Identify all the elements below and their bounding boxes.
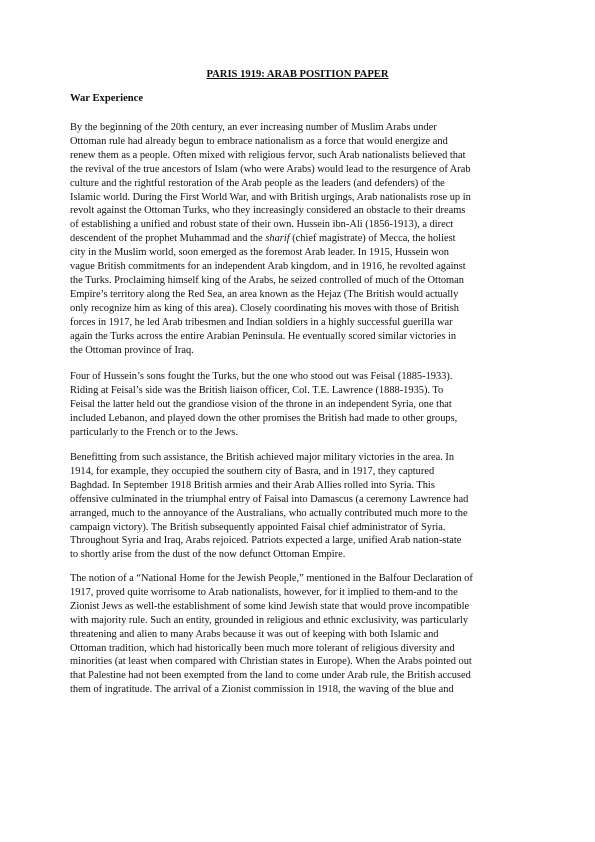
text-line: descendent of the prophet Muhammad and t… bbox=[70, 232, 540, 246]
text-line: culture and the rightful restoration of … bbox=[70, 177, 540, 191]
text-line: particularly to the French or to the Jew… bbox=[70, 426, 540, 440]
text-line: Benefitting from such assistance, the Br… bbox=[70, 451, 540, 465]
text-line: Ottoman rule had already begun to embrac… bbox=[70, 135, 540, 149]
text-line: the Ottoman province of Iraq. bbox=[70, 344, 540, 358]
text-line: the Turks. Proclaiming himself king of t… bbox=[70, 274, 540, 288]
text-line: Baghdad. In September 1918 British armie… bbox=[70, 479, 540, 493]
text-line: arranged, much to the annoyance of the A… bbox=[70, 507, 540, 521]
text-line: Empire’s territory along the Red Sea, an… bbox=[70, 288, 540, 302]
text-line: only recognize him as king of this area)… bbox=[70, 302, 540, 316]
section-heading: War Experience bbox=[70, 93, 143, 104]
text-line: 1917, proved quite worrisome to Arab nat… bbox=[70, 586, 540, 600]
text-segment: descendent of the prophet Muhammad and t… bbox=[70, 233, 265, 244]
text-line: 1914, for example, they occupied the sou… bbox=[70, 465, 540, 479]
paragraph-war-experience-intro: By the beginning of the 20th century, an… bbox=[70, 121, 540, 357]
text-line: Four of Hussein’s sons fought the Turks,… bbox=[70, 370, 540, 384]
text-line: city in the Muslim world, soon emerged a… bbox=[70, 246, 540, 260]
paragraph-british-victories: Benefitting from such assistance, the Br… bbox=[70, 451, 540, 562]
text-line: of establishing a unified and robust sta… bbox=[70, 218, 540, 232]
text-line: campaign victory). The British subsequen… bbox=[70, 521, 540, 535]
text-line: vague British commitments for an indepen… bbox=[70, 260, 540, 274]
italic-term-sharif: sharif bbox=[265, 233, 289, 244]
text-line: included Lebanon, and played down the ot… bbox=[70, 412, 540, 426]
text-line: threatening and alien to many Arabs beca… bbox=[70, 628, 540, 642]
text-line: renew them as a people. Often mixed with… bbox=[70, 149, 540, 163]
text-line: them of ingratitude. The arrival of a Zi… bbox=[70, 683, 540, 697]
text-line: Riding at Feisal’s side was the British … bbox=[70, 384, 540, 398]
paragraph-hussein-sons: Four of Hussein’s sons fought the Turks,… bbox=[70, 370, 540, 440]
text-line: that Palestine had not been exempted fro… bbox=[70, 669, 540, 683]
document-title: PARIS 1919: ARAB POSITION PAPER bbox=[0, 69, 595, 80]
paragraph-balfour-declaration: The notion of a “National Home for the J… bbox=[70, 572, 540, 697]
text-line: offensive culminated in the triumphal en… bbox=[70, 493, 540, 507]
document-page: PARIS 1919: ARAB POSITION PAPER War Expe… bbox=[0, 0, 595, 842]
text-line: minorities (at least when compared with … bbox=[70, 655, 540, 669]
text-line: Zionist Jews as well-the establishment o… bbox=[70, 600, 540, 614]
text-line: Throughout Syria and Iraq, Arabs rejoice… bbox=[70, 534, 540, 548]
text-line: Ottoman tradition, which had historicall… bbox=[70, 642, 540, 656]
text-line: Feisal the latter held out the grandiose… bbox=[70, 398, 540, 412]
text-line: By the beginning of the 20th century, an… bbox=[70, 121, 540, 135]
text-line: again the Turks across the entire Arabia… bbox=[70, 330, 540, 344]
text-line: forces in 1917, he led Arab tribesmen an… bbox=[70, 316, 540, 330]
text-line: the revival of the true ancestors of Isl… bbox=[70, 163, 540, 177]
text-line: The notion of a “National Home for the J… bbox=[70, 572, 540, 586]
text-line: to shortly arise from the dust of the no… bbox=[70, 548, 540, 562]
text-line: Islamic world. During the First World Wa… bbox=[70, 191, 540, 205]
text-line: with majority rule. Such an entity, grou… bbox=[70, 614, 540, 628]
text-segment: (chief magistrate) of Mecca, the holiest bbox=[290, 233, 456, 244]
text-line: revolt against the Ottoman Turks, who th… bbox=[70, 204, 540, 218]
